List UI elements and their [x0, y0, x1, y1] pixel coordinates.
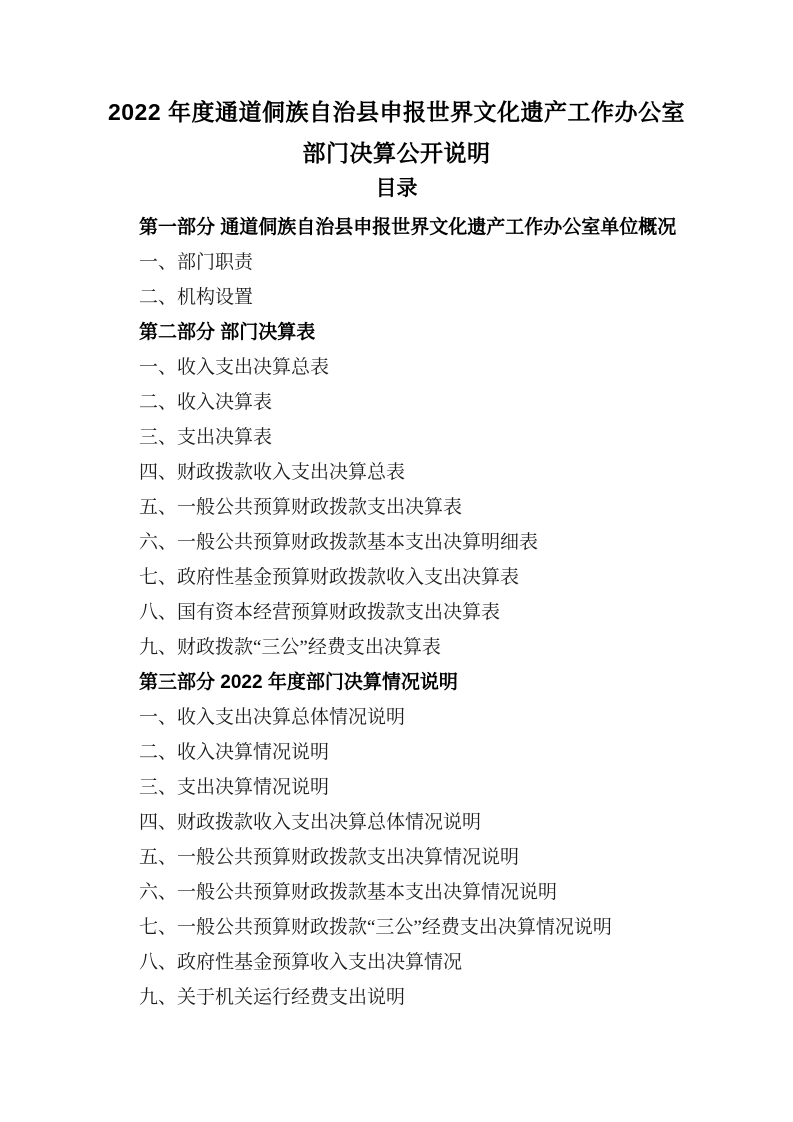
section-3-heading: 第三部分 2022 年度部门决算情况说明	[139, 665, 697, 700]
toc-item: 三、支出决算情况说明	[139, 770, 697, 805]
toc-item: 四、财政拨款收入支出决算总表	[139, 455, 697, 490]
toc-item: 三、支出决算表	[139, 420, 697, 455]
toc-item: 一、收入支出决算总体情况说明	[139, 700, 697, 735]
toc-body: 第一部分 通道侗族自治县申报世界文化遗产工作办公室单位概况 一、部门职责 二、机…	[96, 210, 697, 1015]
toc-item: 二、收入决算表	[139, 385, 697, 420]
toc-item: 六、一般公共预算财政拨款基本支出决算情况说明	[139, 875, 697, 910]
toc-item: 四、财政拨款收入支出决算总体情况说明	[139, 805, 697, 840]
toc-item: 九、关于机关运行经费支出说明	[139, 980, 697, 1015]
section-2-heading: 第二部分 部门决算表	[139, 315, 697, 350]
document-title-line-1: 2022 年度通道侗族自治县申报世界文化遗产工作办公室	[96, 92, 697, 133]
toc-item: 五、一般公共预算财政拨款支出决算表	[139, 490, 697, 525]
toc-item: 七、一般公共预算财政拨款“三公”经费支出决算情况说明	[139, 910, 697, 945]
toc-item: 八、国有资本经营预算财政拨款支出决算表	[139, 595, 697, 630]
document-page: 2022 年度通道侗族自治县申报世界文化遗产工作办公室 部门决算公开说明 目录 …	[0, 0, 793, 1122]
document-title-line-2: 部门决算公开说明	[96, 133, 697, 174]
toc-item: 八、政府性基金预算收入支出决算情况	[139, 945, 697, 980]
toc-item: 一、收入支出决算总表	[139, 350, 697, 385]
toc-heading: 目录	[96, 174, 697, 204]
toc-item: 六、一般公共预算财政拨款基本支出决算明细表	[139, 525, 697, 560]
section-1-heading: 第一部分 通道侗族自治县申报世界文化遗产工作办公室单位概况	[139, 210, 697, 245]
toc-item: 二、机构设置	[139, 280, 697, 315]
toc-item: 二、收入决算情况说明	[139, 735, 697, 770]
toc-item: 九、财政拨款“三公”经费支出决算表	[139, 630, 697, 665]
toc-item: 一、部门职责	[139, 245, 697, 280]
toc-item: 七、政府性基金预算财政拨款收入支出决算表	[139, 560, 697, 595]
toc-item: 五、一般公共预算财政拨款支出决算情况说明	[139, 840, 697, 875]
